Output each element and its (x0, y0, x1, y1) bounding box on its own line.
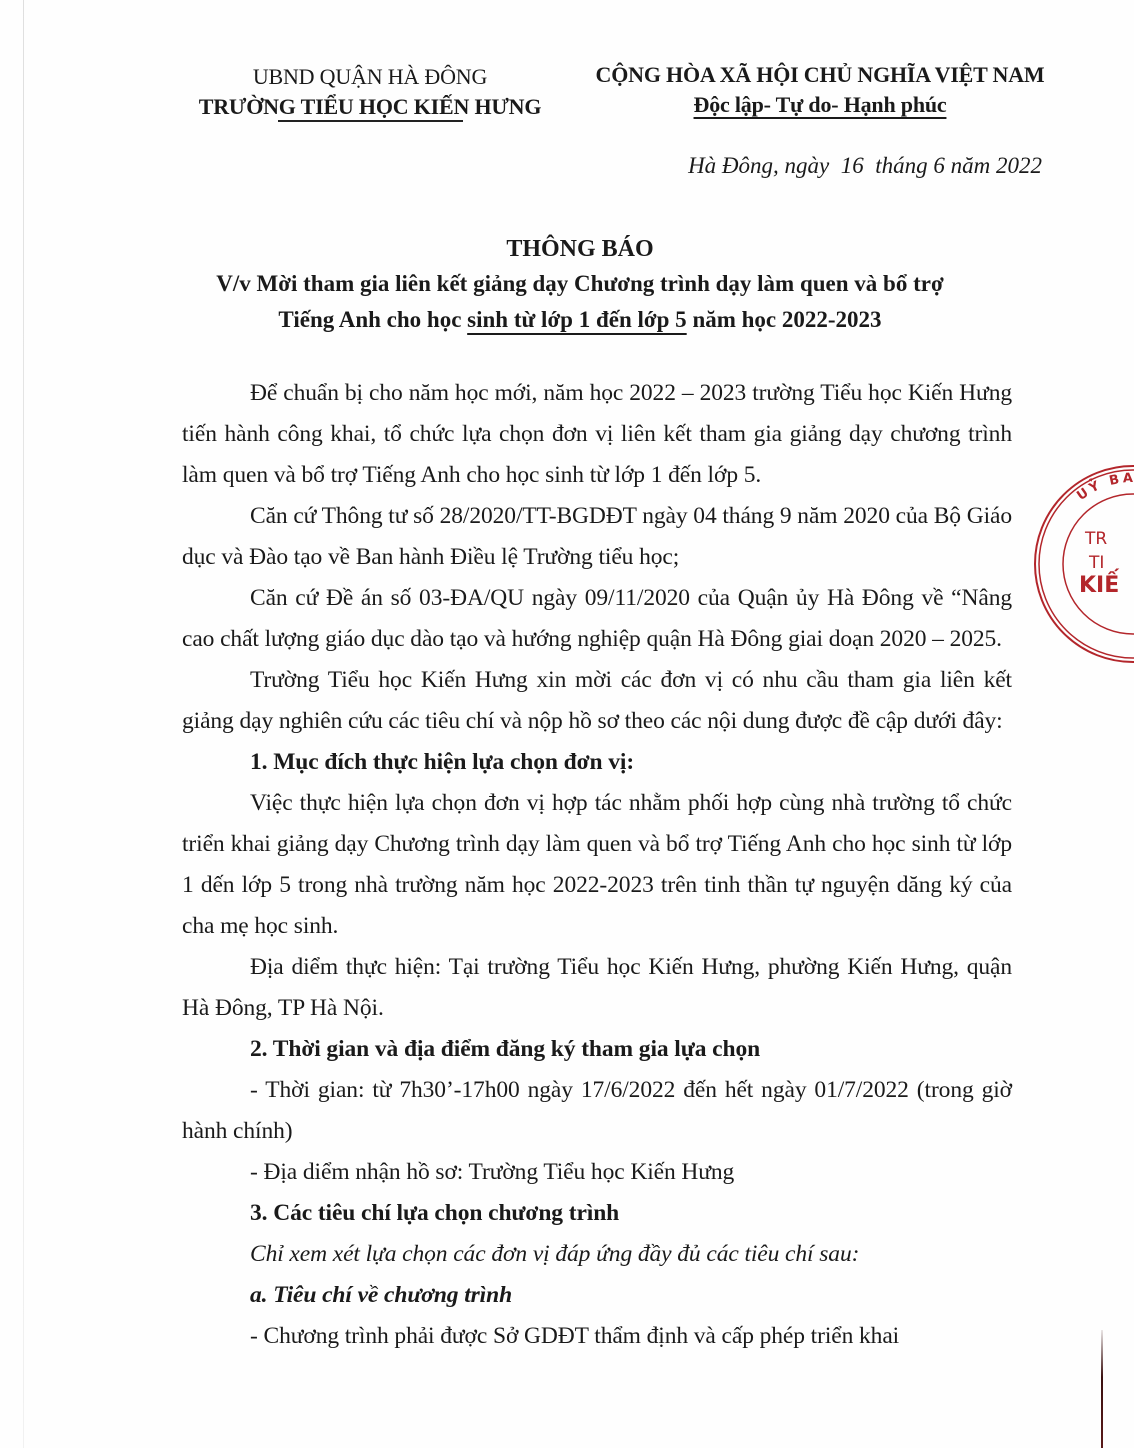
national-title-block: CỘNG HÒA XÃ HỘI CHỦ NGHĨA VIỆT NAM Độc l… (575, 60, 1065, 120)
document-title: THÔNG BÁO (150, 232, 1010, 266)
document-subject-line-2: Tiếng Anh cho học sinh từ lớp 1 đến lớp … (150, 302, 1010, 338)
section-3-heading: 3. Các tiêu chí lựa chọn chương trình (182, 1193, 1012, 1234)
section-2-heading: 2. Thời gian và địa điểm đăng ký tham gi… (182, 1029, 1012, 1070)
legal-basis-circular: Căn cứ Thông tư số 28/2020/TT-BGDĐT ngày… (182, 496, 1012, 578)
svg-text:UỶ BAN NHÂN DÂN: UỶ BAN NHÂN DÂN (1074, 471, 1134, 563)
document-subject-line-1: V/v Mời tham gia liên kết giảng dạy Chươ… (150, 266, 1010, 302)
issue-date: Hà Đông, ngày 16 tháng 6 năm 2022 (688, 153, 1042, 179)
section-3a-item-1: - Chương trình phải được Sở GDĐT thẩm đị… (182, 1316, 1012, 1357)
document-title-block: THÔNG BÁO V/v Mời tham gia liên kết giản… (150, 232, 1010, 338)
official-seal-stamp: UỶ BAN NHÂN DÂN TR TI KIẾ (1033, 464, 1134, 664)
school-name: TRƯỜNG TIỂU HỌC KIẾN HƯNG (180, 92, 560, 122)
national-motto: Độc lập- Tự do- Hạnh phúc (694, 92, 947, 117)
page-edge-right (1101, 1330, 1103, 1448)
document-page: UBND QUẬN HÀ ĐÔNG TRƯỜNG TIỂU HỌC KIẾN H… (0, 0, 1134, 1448)
document-body: Để chuẩn bị cho năm học mới, năm học 202… (182, 373, 1012, 1357)
section-1-text: Việc thực hiện lựa chọn đơn vị hợp tác n… (182, 783, 1012, 947)
page-edge-left (23, 0, 24, 1448)
seal-inner-text: KIẾ (1079, 569, 1120, 598)
issuing-authority-block: UBND QUẬN HÀ ĐÔNG TRƯỜNG TIỂU HỌC KIẾN H… (180, 62, 560, 122)
legal-basis-project: Căn cứ Đề án số 03-ĐA/QU ngày 09/11/2020… (182, 578, 1012, 660)
subject-text: Tiếng Anh cho học (278, 307, 467, 332)
section-3-note: Chỉ xem xét lựa chọn các đơn vị đáp ứng … (182, 1234, 1012, 1275)
subject-text: năm học 2022-2023 (687, 307, 882, 332)
section-1-heading: 1. Mục đích thực hiện lựa chọn đơn vị: (182, 742, 1012, 783)
subject-underlined-text: sinh từ lớp 1 đến lớp 5 (467, 307, 687, 332)
section-2-place: - Địa diểm nhận hồ sơ: Trường Tiểu học K… (182, 1152, 1012, 1193)
section-1-location: Địa diểm thực hiện: Tại trường Tiểu học … (182, 947, 1012, 1029)
district-name: UBND QUẬN HÀ ĐÔNG (180, 62, 560, 92)
intro-paragraph: Để chuẩn bị cho năm học mới, năm học 202… (182, 373, 1012, 496)
seal-inner-text: TR (1084, 529, 1107, 549)
section-3a-heading: a. Tiêu chí về chương trình (182, 1275, 1012, 1316)
seal-inner-text: TI (1088, 553, 1104, 573)
section-2-time: - Thời gian: từ 7h30’-17h00 ngày 17/6/20… (182, 1070, 1012, 1152)
invitation-paragraph: Trường Tiểu học Kiến Hưng xin mời các đơ… (182, 660, 1012, 742)
seal-outer-text: UỶ BAN NHÂN DÂN (1074, 471, 1134, 563)
country-name: CỘNG HÒA XÃ HỘI CHỦ NGHĨA VIỆT NAM (575, 60, 1065, 90)
